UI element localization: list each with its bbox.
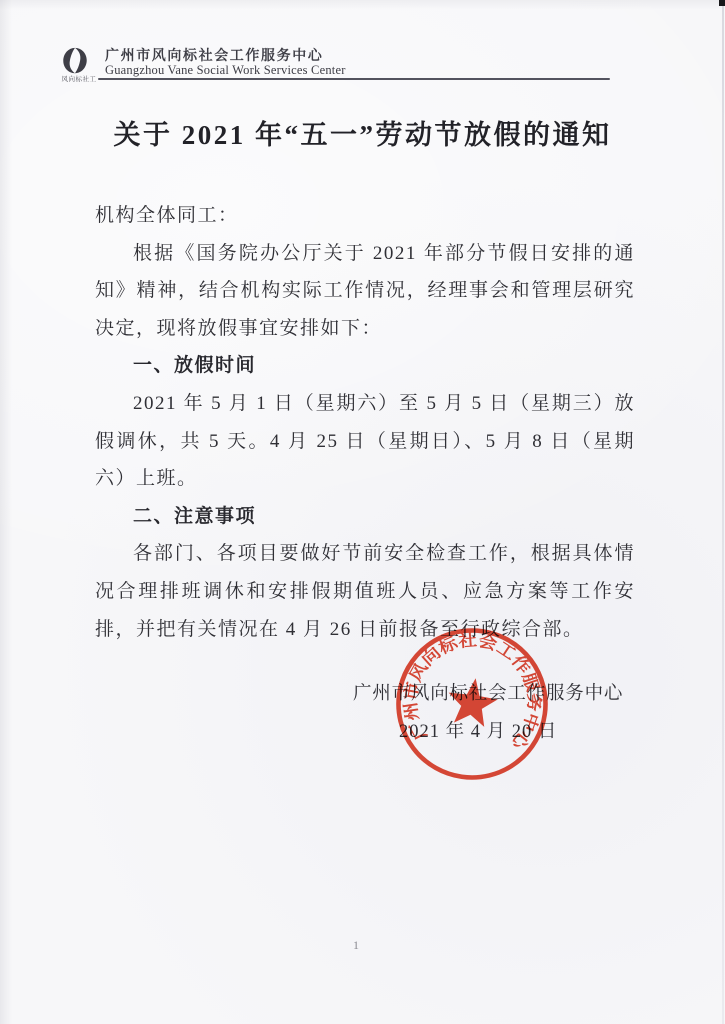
scan-left-edge-shadow (0, 0, 12, 1024)
scanned-notice-page: 风向标社工 广州市风向标社会工作服务中心 Guangzhou Vane Soci… (0, 0, 725, 1024)
letterhead-rule (98, 78, 610, 80)
signature-org-name: 广州市风向标社会工作服务中心 (353, 679, 623, 705)
scan-right-edge-line (722, 0, 724, 1024)
section-heading-notes: 二、注意事项 (95, 498, 635, 536)
notice-title: 关于 2021 年“五一”劳动节放假的通知 (0, 113, 725, 152)
salutation: 机构全体同工： (95, 197, 635, 235)
scan-corner-artifact (719, 0, 725, 6)
letterhead-org-name-en: Guangzhou Vane Social Work Services Cent… (105, 63, 346, 78)
letterhead: 风向标社工 广州市风向标社会工作服务中心 Guangzhou Vane Soci… (57, 44, 617, 84)
vane-swirl-logo-icon (60, 46, 90, 76)
logo-caption: 风向标社工 (57, 74, 101, 83)
scan-top-edge-shadow (0, 0, 725, 10)
paragraph-basis: 根据《国务院办公厅关于 2021 年部分节假日安排的通知》精神，结合机构实际工作… (95, 235, 635, 348)
paragraph-notes: 各部门、各项目要做好节前安全检查工作，根据具体情况合理排班调休和安排假期值班人员… (95, 535, 635, 648)
letterhead-org-name-cn: 广州市风向标社会工作服务中心 (105, 45, 323, 65)
notice-body: 机构全体同工： 根据《国务院办公厅关于 2021 年部分节假日安排的通知》精神，… (95, 197, 635, 648)
paragraph-holiday-time: 2021 年 5 月 1 日（星期六）至 5 月 5 日（星期三）放假调休，共 … (95, 385, 635, 498)
signature-date: 2021 年 4 月 20 日 (399, 717, 557, 743)
section-heading-holiday-time: 一、放假时间 (95, 347, 635, 385)
page-number: 1 (0, 938, 712, 953)
